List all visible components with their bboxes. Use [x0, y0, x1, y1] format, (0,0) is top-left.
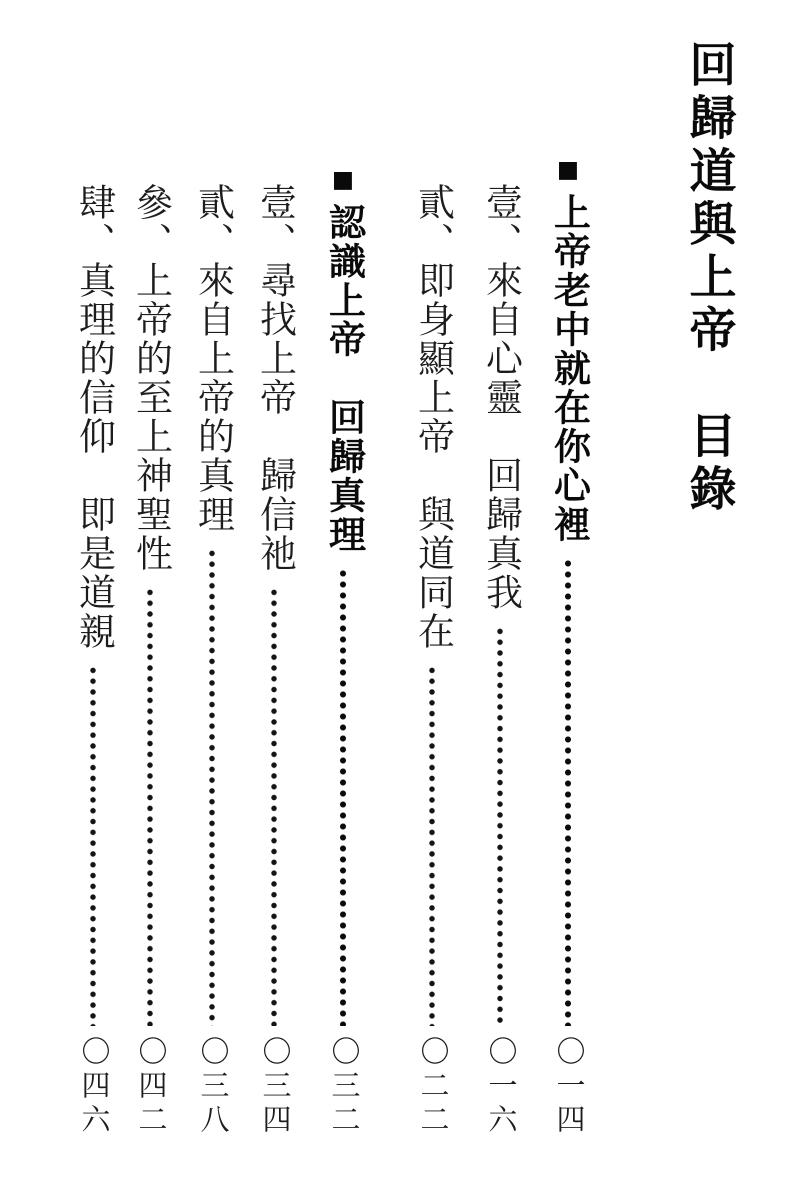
book-title-column: 回歸道與上帝 目錄 [672, 40, 744, 517]
toc-entry-column: 壹、尋找上帝 歸信祂 〇三四 [244, 183, 304, 1138]
page-title: 回歸道與上帝 目錄 [685, 40, 732, 517]
page-number: 〇三二 [329, 1036, 358, 1138]
entry-label: 參、上帝的至上神聖性 [132, 183, 169, 573]
page-number: 〇四二 [136, 1036, 165, 1138]
section-heading: ■認識上帝 回歸真理 [325, 160, 362, 554]
entry-label: 壹、尋找上帝 歸信祂 [256, 183, 293, 573]
toc-entry-column: 肆、真理的信仰 即是道親 〇四六 [63, 183, 123, 1138]
page-number: 〇三八 [198, 1036, 227, 1138]
dot-leader [428, 665, 436, 1026]
dot-leader [89, 665, 97, 1026]
toc-section-column-1: ■上帝老中就在你心裡 〇一四 [538, 150, 598, 1138]
entry-label: 壹、來自心靈 回歸真我 [482, 183, 519, 612]
toc-entry-column: 參、上帝的至上神聖性 〇四二 [120, 183, 180, 1138]
page-number: 〇四六 [79, 1036, 108, 1138]
dot-leader [564, 558, 572, 1026]
page-number: 〇二二 [418, 1036, 447, 1138]
page-number: 〇一四 [554, 1036, 583, 1138]
section-heading-text: 上帝老中就在你心裡 [548, 193, 589, 544]
toc-section-column-2: ■認識上帝 回歸真理 〇三二 [313, 160, 373, 1138]
dot-leader [496, 626, 504, 1026]
dot-leader [339, 568, 347, 1026]
section-heading: ■上帝老中就在你心裡 [550, 150, 587, 544]
section-heading-text: 認識上帝 回歸真理 [323, 203, 364, 554]
section-bullet-icon: ■ [323, 160, 364, 203]
dot-leader [146, 587, 154, 1026]
toc-entry-column: 壹、來自心靈 回歸真我 〇一六 [470, 183, 530, 1138]
entry-label: 貳、來自上帝的真理 [194, 183, 231, 534]
section-bullet-icon: ■ [548, 150, 589, 193]
page-number: 〇三四 [260, 1036, 289, 1138]
dot-leader [208, 548, 216, 1026]
toc-entry-column: 貳、來自上帝的真理 〇三八 [182, 183, 242, 1138]
entry-label: 貳、即身顯上帝 與道同在 [414, 183, 451, 651]
dot-leader [270, 587, 278, 1026]
entry-label: 肆、真理的信仰 即是道親 [75, 183, 112, 651]
scanned-toc-page: 回歸道與上帝 目錄 ■上帝老中就在你心裡 〇一四 壹、來自心靈 回歸真我 〇一六… [0, 0, 800, 1190]
toc-entry-column: 貳、即身顯上帝 與道同在 〇二二 [402, 183, 462, 1138]
page-number: 〇一六 [486, 1036, 515, 1138]
